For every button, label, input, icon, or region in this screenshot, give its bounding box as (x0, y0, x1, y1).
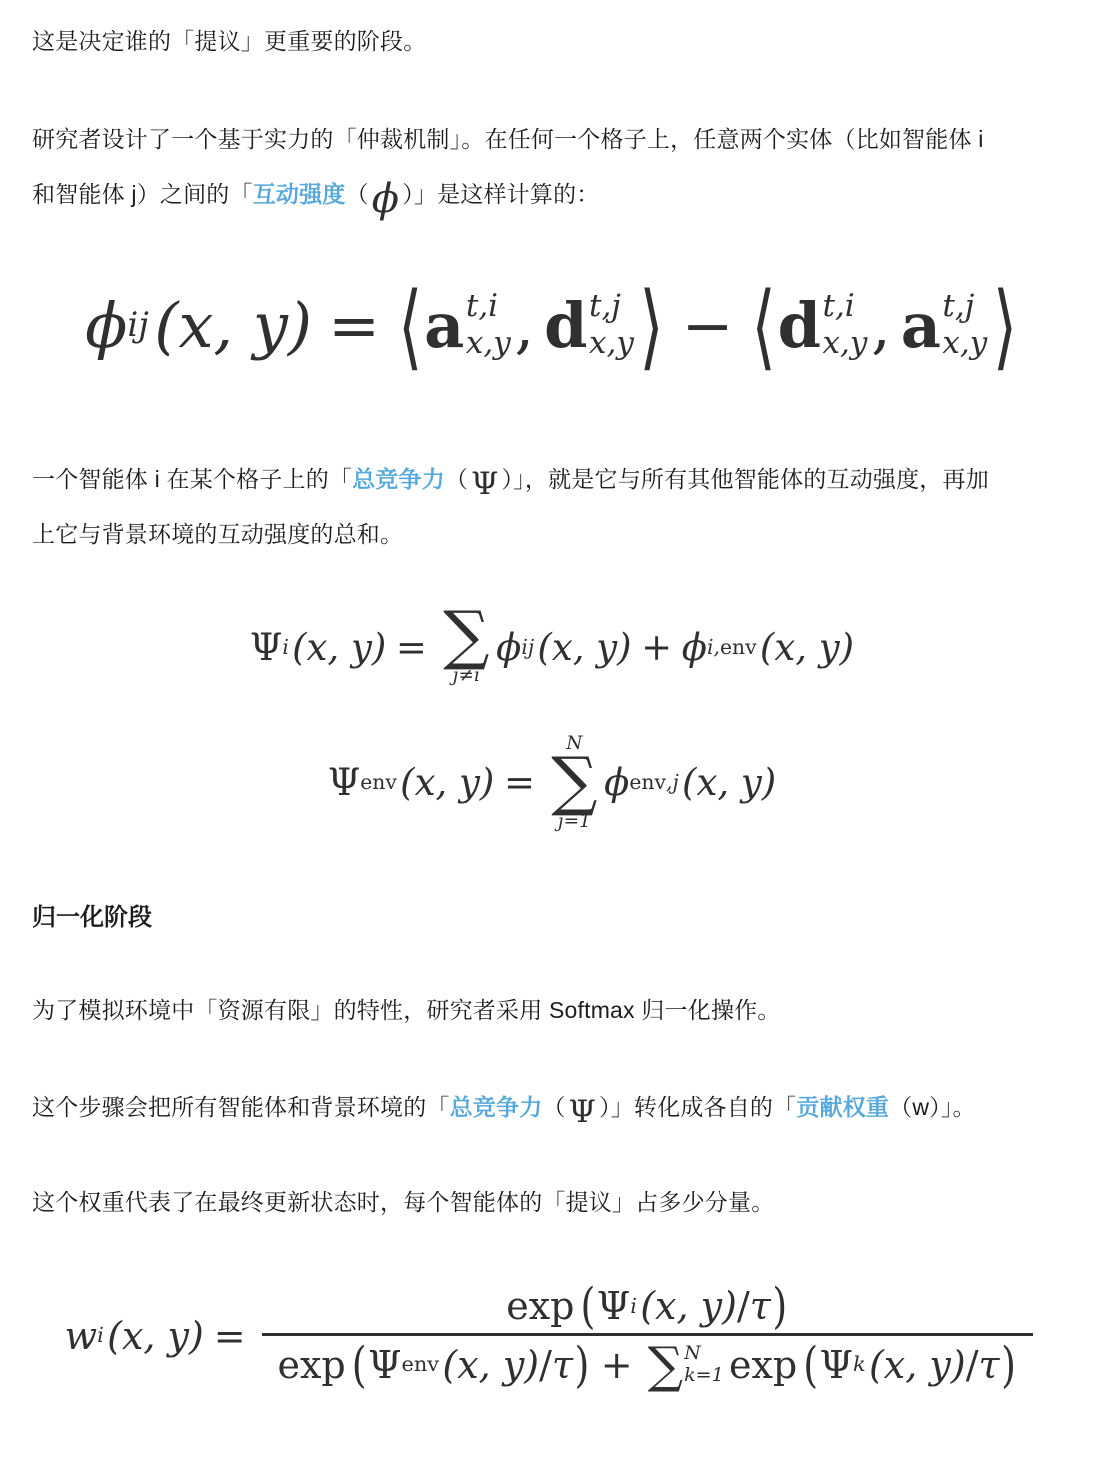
math-supsub: t,ix,y (466, 288, 511, 362)
link-total-competitiveness-2[interactable]: 总竞争力 (450, 1094, 543, 1120)
inline-phi-symbol: ϕ (369, 176, 402, 222)
math-vector-d: d (544, 289, 587, 362)
math-subscript-j: ,j (666, 772, 679, 792)
math-supsub: t,jx,y (942, 288, 987, 362)
link-total-competitiveness[interactable]: 总竞争力 (352, 466, 445, 492)
math-w: w (65, 1314, 98, 1358)
formula-environment-competitiveness: Ψenv(x, y)=N∑j=1ϕenv,j(x, y) (32, 723, 1072, 843)
math-args: (x, y) (760, 626, 854, 669)
math-supsub: t,jx,y (589, 288, 634, 362)
math-plus: + (641, 626, 672, 669)
math-phi: ϕ (604, 761, 629, 804)
math-equals: = (396, 626, 427, 669)
paragraph-weights-b: ）」转化成各自的「 (599, 1094, 796, 1120)
math-subscript-env: env (360, 772, 397, 792)
math-args: (x, y) (107, 1314, 204, 1358)
summation-inline: ∑Nk=1 (648, 1343, 724, 1387)
math-equals: = (504, 761, 535, 804)
paragraph-weight-meaning: 这个权重代表了在最终更新状态时，每个智能体的「提议」占多少分量。 (32, 1175, 1072, 1230)
paragraph-weight-meaning-text: 这个权重代表了在最终更新状态时，每个智能体的「提议」占多少分量。 (32, 1189, 774, 1215)
summation-operator: ∑j≠i (443, 608, 489, 686)
fraction-numerator: exp(Ψi(x, y)/τ) (491, 1284, 804, 1333)
math-equals: = (328, 289, 380, 362)
paragraph-weights-c: （w）」。 (889, 1094, 976, 1120)
paragraph-softmax: 为了模拟环境中「资源有限」的特性，研究者采用 Softmax 归一化操作。 (32, 983, 1072, 1038)
link-interaction-strength[interactable]: 互动强度 (253, 181, 346, 207)
paragraph-weights: 这个步骤会把所有智能体和背景环境的「总竞争力（Ψ）」转化成各自的「贡献权重（w）… (32, 1080, 1072, 1135)
paragraph-intro-text: 这是决定谁的「提议」更重要的阶段。 (32, 28, 426, 54)
paren-open: （ (346, 181, 369, 207)
paragraph-arbitration-line2: 和智能体 j）之间的「 (32, 181, 253, 207)
fraction-denominator: exp(Ψenv(x, y)/τ)+∑Nk=1exp(Ψk(x, y)/τ) (262, 1333, 1032, 1387)
math-vector-a: a (901, 289, 941, 362)
math-args: (x, y) (400, 761, 494, 804)
math-fraction: exp(Ψi(x, y)/τ) exp(Ψenv(x, y)/τ)+∑Nk=1e… (262, 1284, 1032, 1387)
math-subscript-i: i, (707, 637, 720, 657)
paren-open: （ (445, 466, 468, 492)
paragraph-softmax-text: 为了模拟环境中「资源有限」的特性，研究者采用 Softmax 归一化操作。 (32, 997, 781, 1023)
math-psi: Ψ (250, 626, 282, 669)
math-args: (x, y) (154, 289, 312, 362)
paragraph-competitiveness-b: ）」，就是它与所有其他智能体的互动强度，再加 (502, 466, 989, 492)
paragraph-intro: 这是决定谁的「提议」更重要的阶段。 (32, 14, 1072, 69)
left-angle-bracket: ⟨ (398, 270, 422, 380)
math-vector-d: d (778, 289, 821, 362)
inline-psi-symbol: Ψ (468, 466, 501, 502)
inline-psi-symbol: Ψ (566, 1094, 599, 1130)
math-vector-a: a (424, 289, 464, 362)
math-args: (x, y) (682, 761, 776, 804)
section-heading-text: 归一化阶段 (32, 904, 152, 931)
math-comma: , (871, 289, 891, 362)
math-supsub: t,ix,y (822, 288, 867, 362)
math-minus: − (682, 289, 734, 362)
math-equals: = (214, 1314, 246, 1358)
formula-total-competitiveness: Ψi(x, y)=∑j≠iϕij(x, y)+ϕi,env(x, y) (32, 596, 1072, 698)
math-phi-subscript: ij (521, 637, 534, 657)
math-psi: Ψ (328, 761, 360, 804)
right-angle-bracket: ⟩ (639, 270, 663, 380)
math-args: (x, y) (292, 626, 386, 669)
paragraph-competitiveness-line2: 上它与背景环境的互动强度的总和。 (32, 521, 403, 547)
paren-open: （ (542, 1094, 565, 1120)
left-angle-bracket: ⟨ (752, 270, 776, 380)
paragraph-arbitration-tail: ）」是这样计算的： (402, 181, 599, 207)
paragraph-competitiveness-a: 一个智能体 i 在某个格子上的「 (32, 466, 352, 492)
math-phi: ϕ (496, 626, 521, 669)
math-subscript-env: env (720, 637, 757, 657)
paragraph-competitiveness: 一个智能体 i 在某个格子上的「总竞争力（Ψ）」，就是它与所有其他智能体的互动强… (32, 452, 1072, 562)
math-subscript-env: env (629, 772, 666, 792)
section-heading-normalization: 归一化阶段 (32, 890, 1072, 945)
math-comma: , (514, 289, 534, 362)
right-angle-bracket: ⟩ (993, 270, 1017, 380)
paragraph-weights-a: 这个步骤会把所有智能体和背景环境的「 (32, 1094, 450, 1120)
link-contribution-weight[interactable]: 贡献权重 (796, 1094, 889, 1120)
summation-operator: N∑j=1 (551, 733, 597, 833)
math-w-subscript: i (97, 1325, 104, 1346)
math-args: (x, y) (537, 626, 631, 669)
formula-softmax-weight: wi(x, y)= exp(Ψi(x, y)/τ) exp(Ψenv(x, y)… (32, 1276, 1072, 1395)
formula-interaction-strength: ϕij(x, y)=⟨at,ix,y,dt,jx,y⟩−⟨dt,ix,y,at,… (32, 278, 1072, 372)
math-phi: ϕ (85, 289, 127, 362)
math-phi: ϕ (682, 626, 707, 669)
math-phi-subscript: ij (127, 308, 148, 342)
paragraph-arbitration-line1: 研究者设计了一个基于实力的「仲裁机制」。在任何一个格子上，任意两个实体（比如智能… (32, 126, 984, 152)
paragraph-arbitration: 研究者设计了一个基于实力的「仲裁机制」。在任何一个格子上，任意两个实体（比如智能… (32, 112, 1072, 222)
article-page: 这是决定谁的「提议」更重要的阶段。 研究者设计了一个基于实力的「仲裁机制」。在任… (0, 0, 1096, 1395)
math-psi-subscript: i (282, 637, 289, 657)
